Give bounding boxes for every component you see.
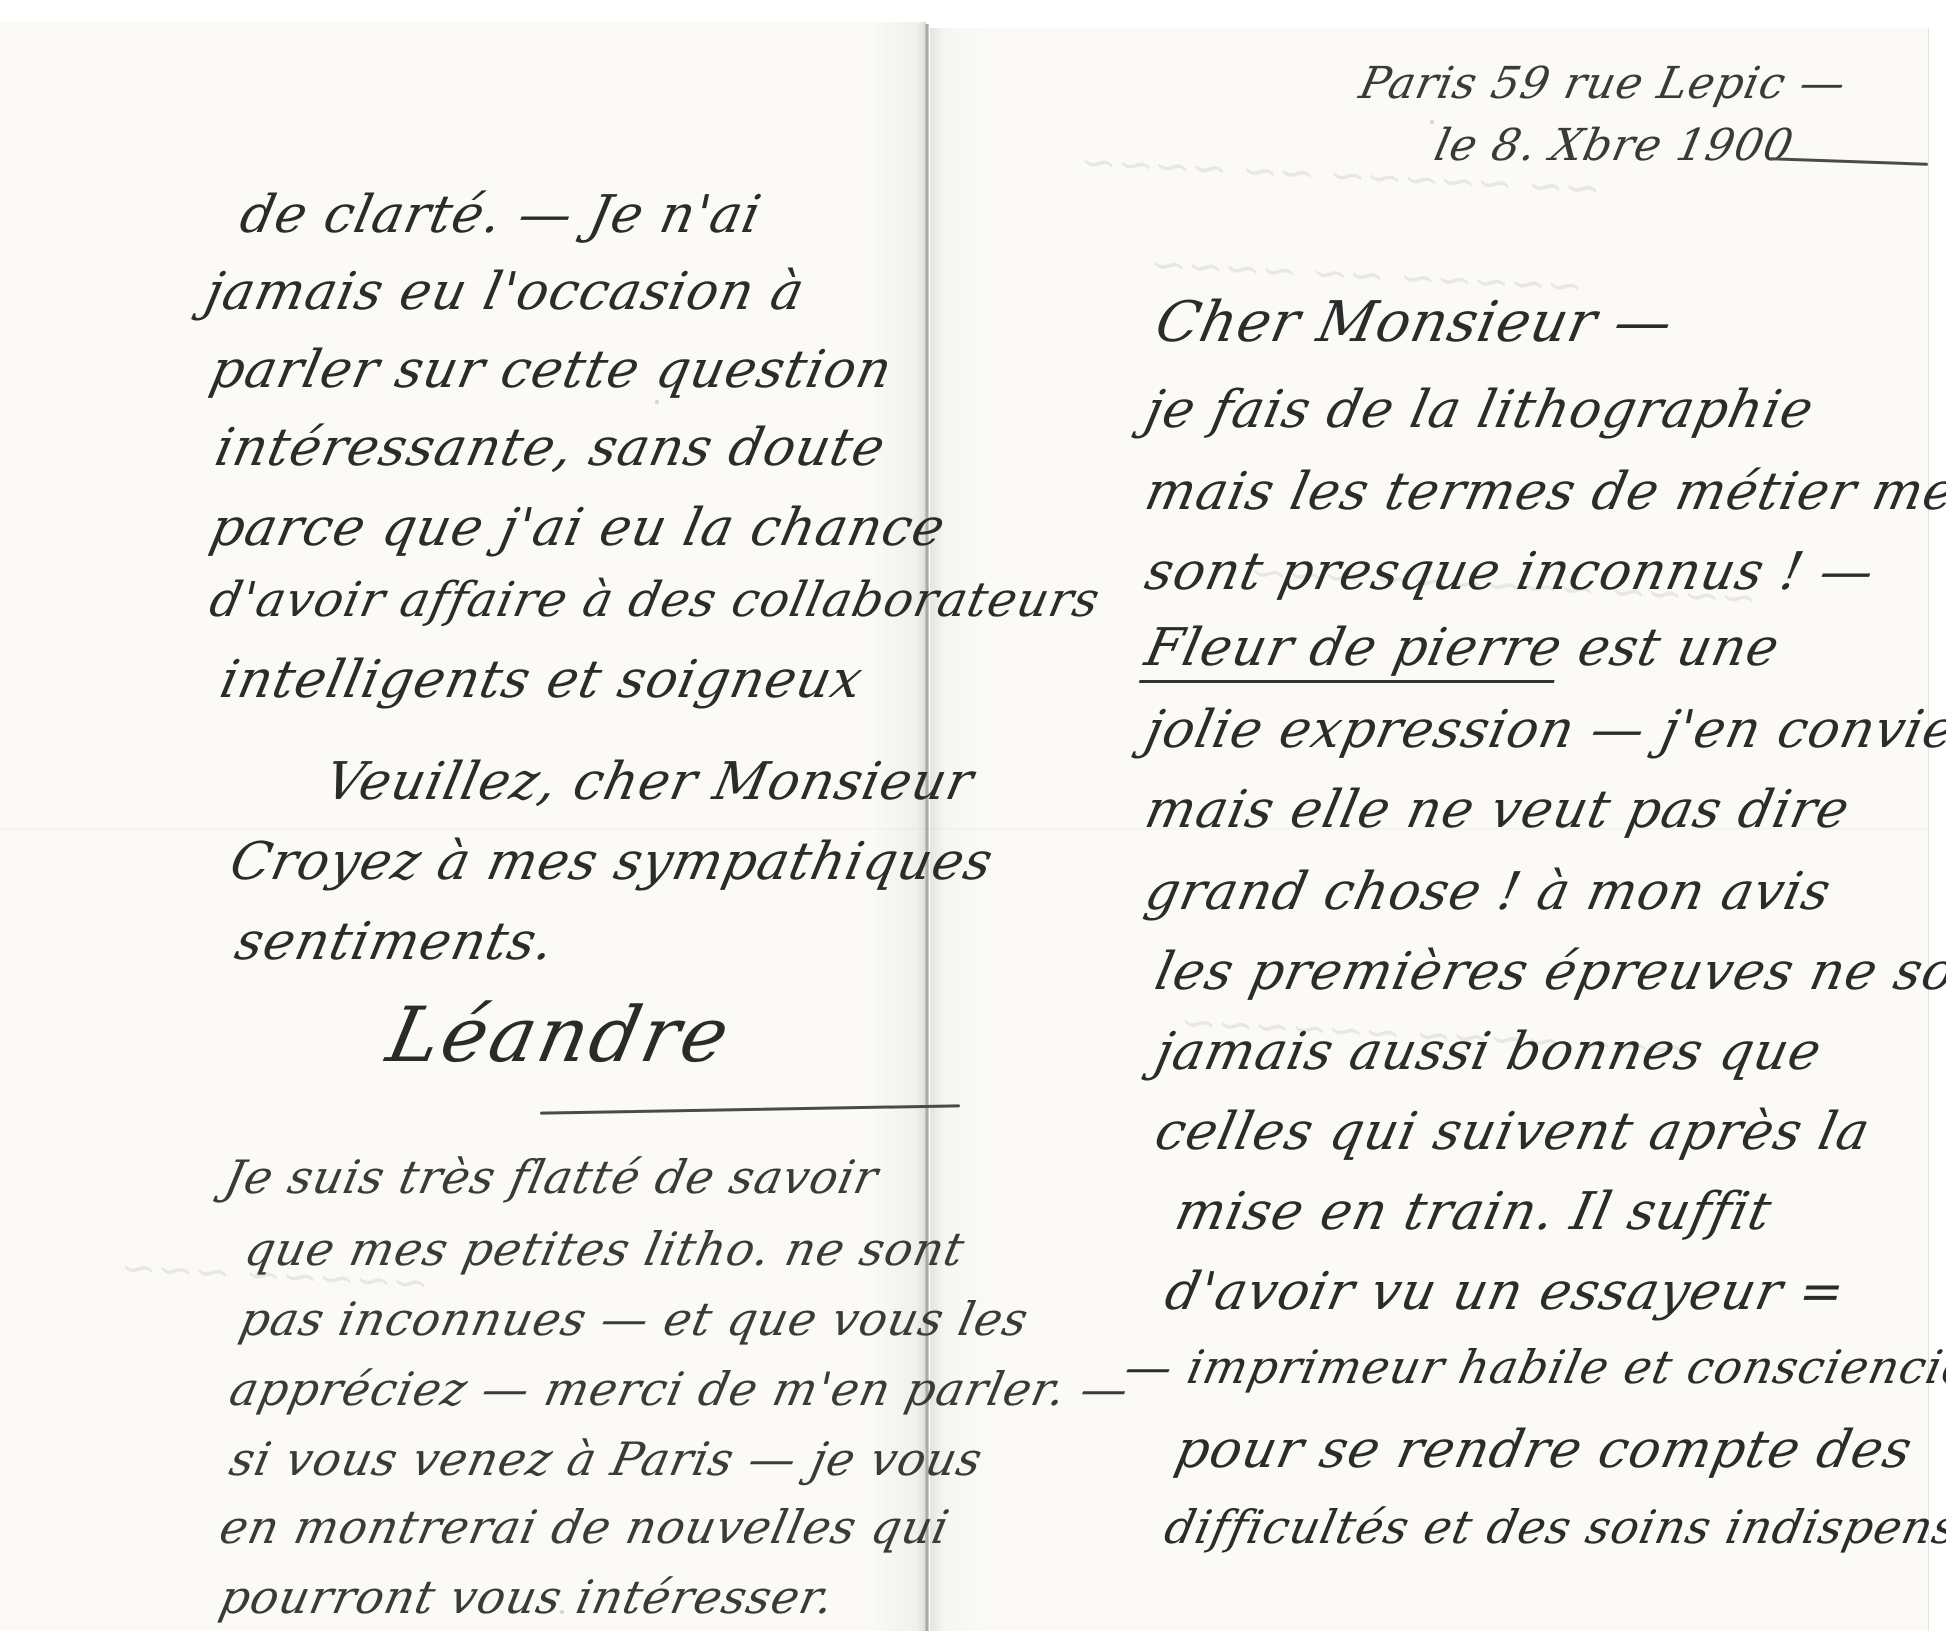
postscript-line: pourront vous intéresser.: [215, 1570, 839, 1624]
salutation: Cher Monsieur —: [1150, 290, 1679, 355]
letter-line: parce que j'ai eu la chance: [205, 498, 951, 558]
letter-line: jamais aussi bonnes que: [1150, 1022, 1827, 1082]
letter-line: jamais eu l'occasion à: [200, 262, 810, 322]
letter-scan: ~~ ~~~~~ ~~ ~~~~ ~~~~~ ~~ ~~~~ ~~~~ ~~~~…: [0, 0, 1946, 1631]
closing-line: Veuillez, cher Monsieur: [320, 752, 979, 812]
underlined-phrase: Fleur de pierre: [1139, 618, 1568, 683]
letter-line: grand chose ! à mon avis: [1140, 862, 1836, 922]
closing-line: Croyez à mes sympathiques: [225, 832, 999, 892]
signature: Léandre: [380, 990, 740, 1079]
letter-line: parler sur cette question: [205, 340, 898, 400]
paper-speck: [1430, 120, 1434, 124]
letter-date: le 8. Xbre 1900: [1430, 120, 1798, 171]
letter-line: sont presque inconnus ! —: [1140, 542, 1880, 602]
letter-line: pour se rendre compte des: [1170, 1420, 1918, 1480]
paper-speck: [560, 1610, 564, 1614]
letter-line: intéressante, sans doute: [210, 418, 891, 478]
postscript-line: appréciez — merci de m'en parler. —: [225, 1362, 1134, 1416]
letter-line: mise en train. Il suffit: [1170, 1182, 1777, 1242]
postscript-line: Je suis très flatté de savoir: [220, 1150, 884, 1204]
letter-line-rest: est une: [1573, 618, 1785, 678]
letter-line: Fleur de pierre est une: [1140, 618, 1785, 678]
letter-line: d'avoir vu un essayeur =: [1160, 1262, 1851, 1322]
closing-line: sentiments.: [230, 912, 560, 972]
letter-address: Paris 59 rue Lepic —: [1355, 58, 1851, 109]
postscript-line: en montrerai de nouvelles qui: [215, 1500, 954, 1554]
letter-line: mais elle ne veut pas dire: [1140, 780, 1855, 840]
letter-line: — imprimeur habile et consciencieux: [1120, 1340, 1946, 1394]
postscript-line: pas inconnues — et que vous les: [235, 1292, 1034, 1346]
letter-line: celles qui suivent après la: [1150, 1102, 1875, 1162]
letter-line: intelligents et soigneux: [215, 650, 868, 710]
letter-line: de clarté. — Je n'ai: [235, 185, 767, 245]
letter-line: mais les termes de métier me: [1140, 462, 1946, 522]
postscript-line: si vous venez à Paris — je vous: [225, 1432, 988, 1486]
letter-line: difficultés et des soins indispensables: [1160, 1500, 1946, 1554]
paper-speck: [655, 400, 659, 404]
letter-line: je fais de la lithographie: [1140, 380, 1819, 440]
postscript-line: que mes petites litho. ne sont: [240, 1222, 970, 1276]
letter-line: d'avoir affaire à des collaborateurs: [205, 572, 1105, 628]
letter-line: jolie expression — j'en conviens.: [1140, 700, 1946, 760]
letter-line: les premières épreuves ne sont: [1150, 942, 1946, 1002]
